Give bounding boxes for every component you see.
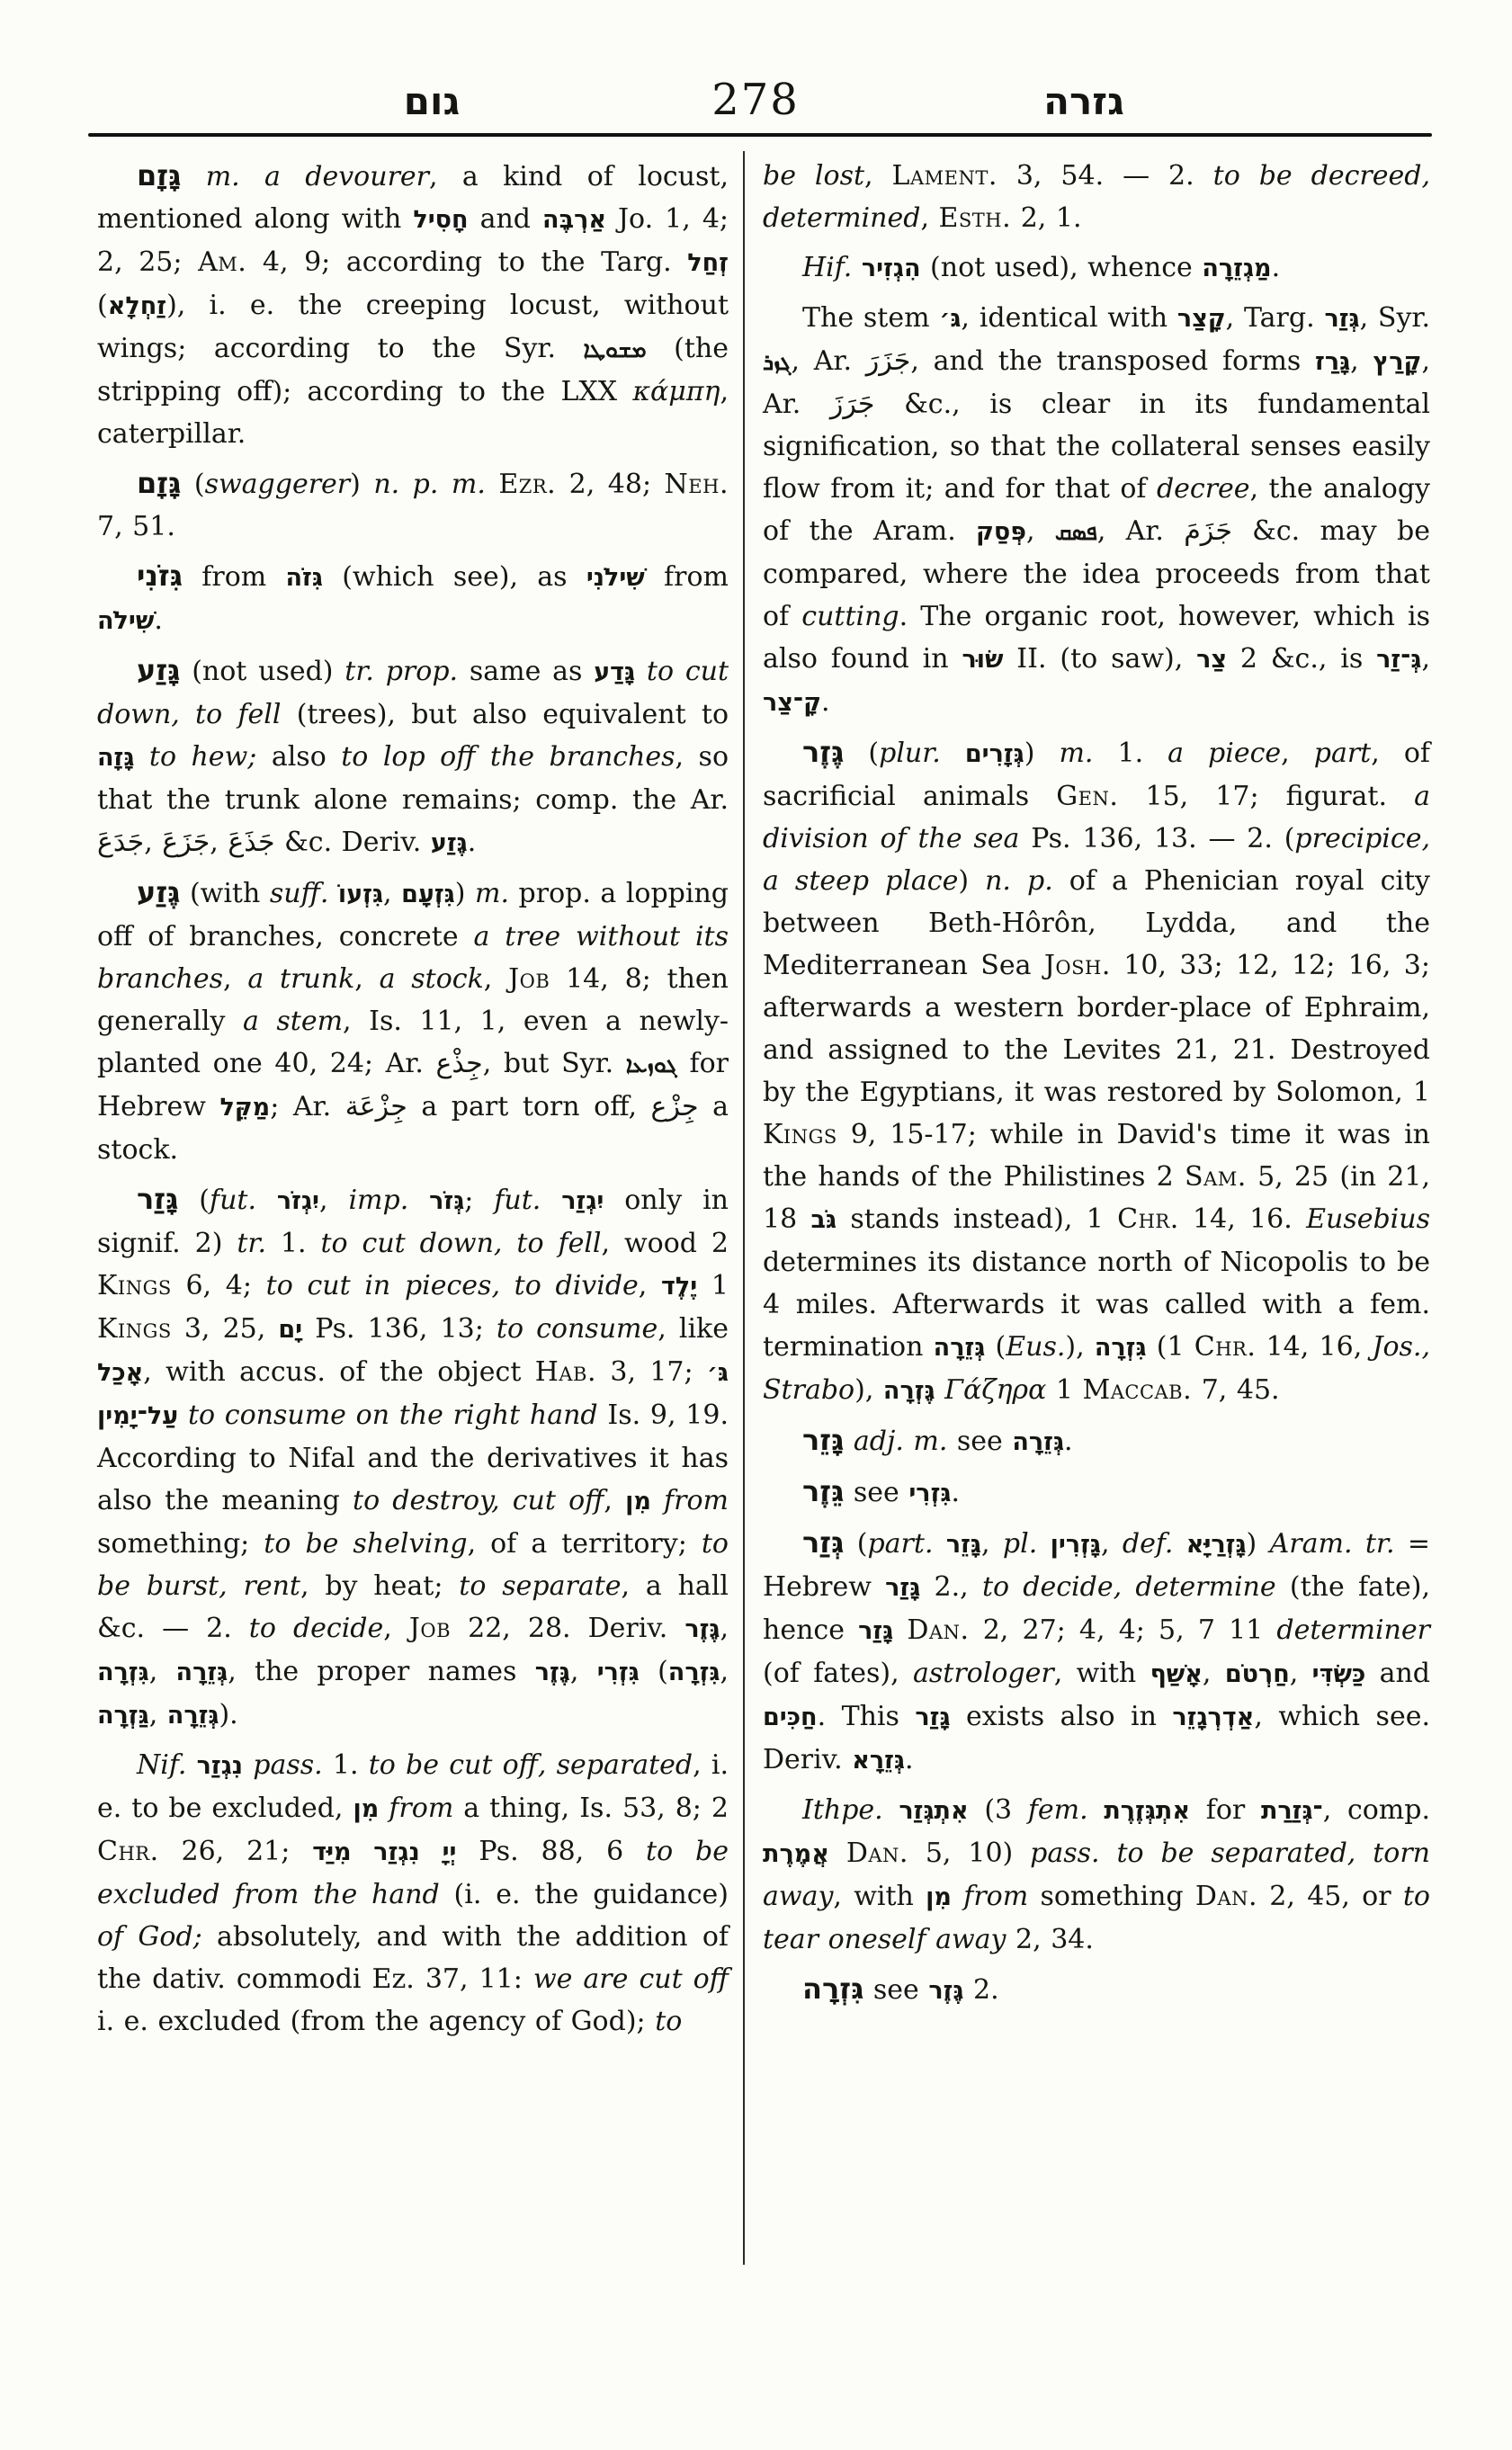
italic-text: be lost xyxy=(763,160,864,192)
text-run: , xyxy=(484,963,508,995)
text-run: see xyxy=(844,1477,908,1508)
text-run: same as xyxy=(458,656,594,687)
column-divider-rule xyxy=(743,151,745,2265)
text-run: , xyxy=(570,1656,597,1687)
text-run: ) xyxy=(350,469,373,500)
text-run: , xyxy=(383,878,401,909)
text-run: , by heat; xyxy=(300,1570,459,1602)
hebrew-text: גּ׳ xyxy=(939,305,961,333)
text-run: , xyxy=(223,963,247,995)
header-rule xyxy=(88,133,1432,137)
entry-headword-hebrew: גִּזְרָה xyxy=(802,1972,863,2006)
hebrew-text: אַדְרְגָזֵר xyxy=(1172,1703,1254,1731)
text-run: (not used) xyxy=(180,656,344,687)
hebrew-text: הִגְזִיר xyxy=(862,255,921,282)
hebrew-text: גָּרַז xyxy=(1315,348,1350,376)
text-run: 3, 54. — 2. xyxy=(998,160,1213,192)
dictionary-entry: Ithpe. אִתְגְּזַר (3 fem. אִתְגְּזֶרֶת f… xyxy=(763,1789,1430,1961)
text-run: . xyxy=(951,1477,960,1508)
text-run: (with xyxy=(180,878,269,909)
hebrew-text: מִן xyxy=(353,1795,379,1823)
italic-text: Hif. xyxy=(802,252,852,283)
text-run xyxy=(941,738,965,769)
italic-text: Eus. xyxy=(1006,1331,1065,1363)
hebrew-text: מִן xyxy=(926,1883,952,1911)
text-run xyxy=(952,1881,963,1912)
text-run: , xyxy=(720,1656,729,1687)
text-run: 7, 45. xyxy=(1192,1374,1279,1406)
text-run: ) xyxy=(1247,1528,1270,1560)
text-run: i. e. excluded (from the agency of God); xyxy=(97,2006,655,2037)
hebrew-text: גֶּזֶר xyxy=(684,1615,720,1643)
smallcaps-reference: Kings xyxy=(97,1270,172,1301)
text-run: , with accus. of the object xyxy=(143,1356,534,1388)
text-run: Ps. 88, 6 xyxy=(456,1836,646,1867)
text-run: , xyxy=(981,1528,1003,1560)
greek-text: Γάζηρα xyxy=(944,1374,1046,1406)
italic-text: cutting xyxy=(801,601,899,632)
text-run: ; xyxy=(464,1185,494,1216)
italic-text: to xyxy=(655,2006,682,2037)
hebrew-text: אִתְגְּזֶרֶת xyxy=(1104,1797,1190,1825)
smallcaps-reference: Neh. xyxy=(665,469,729,500)
text-run: , xyxy=(920,202,938,234)
italic-text: to cut in pieces, to divide xyxy=(266,1270,639,1301)
text-run: ) xyxy=(455,878,475,909)
text-run: , Ar. xyxy=(1097,515,1184,547)
hebrew-text: גִּזְרִי xyxy=(908,1480,951,1507)
text-run: , with xyxy=(833,1881,926,1912)
italic-text: a stem xyxy=(243,1006,343,1037)
entry-headword-hebrew: גָּזֵר xyxy=(802,1423,844,1457)
text-run: . xyxy=(468,827,477,858)
hebrew-text: שִׁילֹנִי xyxy=(586,564,645,592)
hebrew-text: גִּזְרָה xyxy=(668,1659,720,1686)
hebrew-text: זְחַל xyxy=(687,249,729,277)
hebrew-text: גְּזֵרָה xyxy=(167,1702,219,1730)
text-run: 1. xyxy=(1093,738,1168,769)
italic-text: n. p. xyxy=(985,865,1053,897)
hebrew-text: גָּזֵר xyxy=(946,1531,981,1559)
text-run xyxy=(243,1749,253,1781)
text-run xyxy=(1037,1528,1050,1560)
italic-text: part xyxy=(1314,738,1372,769)
italic-text: def. xyxy=(1123,1528,1174,1560)
text-run: , xyxy=(354,963,379,995)
text-run: . xyxy=(154,604,163,636)
text-run xyxy=(181,161,205,192)
hebrew-text: אֲמֶרֶת xyxy=(763,1840,829,1868)
hebrew-text: יִגְזַר xyxy=(561,1187,604,1215)
text-run: , the proper names xyxy=(228,1656,535,1687)
text-run: ( xyxy=(844,738,879,769)
hebrew-text: צַר xyxy=(1196,646,1227,674)
text-run: ) xyxy=(1024,738,1060,769)
smallcaps-reference: Sam. xyxy=(1185,1161,1247,1193)
text-run: , wood 2 xyxy=(602,1228,729,1259)
text-run xyxy=(486,469,498,500)
text-run: . xyxy=(1272,252,1281,283)
smallcaps-reference: Chr. xyxy=(97,1836,159,1867)
italic-text: adj. m. xyxy=(854,1426,947,1457)
dictionary-entry: גִּזֹנִי from גִּזֹה (which see), as שִׁ… xyxy=(97,555,729,642)
text-run xyxy=(186,1749,196,1781)
hebrew-text: נִגְזַר xyxy=(197,1752,243,1780)
hebrew-text: גְּזָרִים xyxy=(965,740,1024,768)
entry-headword-hebrew: גָּזַע xyxy=(137,653,180,687)
hebrew-text: גֶּזְרָה xyxy=(883,1377,935,1405)
text-run: exists also in xyxy=(951,1701,1173,1732)
hebrew-text: קָצַר xyxy=(1177,305,1226,333)
hebrew-text: אַרְבֶּה xyxy=(542,206,606,234)
entry-headword-hebrew: גֶּזַע xyxy=(137,875,180,909)
dictionary-entry: גָּזָם m. a devourer, a kind of locust, … xyxy=(97,155,729,455)
syriac-text: ܓܘܙܥܐ xyxy=(626,1051,677,1077)
italic-text: Eusebius xyxy=(1306,1203,1430,1235)
dictionary-entry: גָּזַר (fut. יִגְזֹר, imp. גְּזֹר; fut. … xyxy=(97,1178,729,1737)
dictionary-entry: The stem גּ׳, identical with קָצַר, Targ… xyxy=(763,297,1430,724)
text-run: , xyxy=(639,1270,661,1301)
text-run: , xyxy=(1421,643,1430,675)
hebrew-text: מִן xyxy=(625,1488,651,1516)
text-run: ( xyxy=(844,1528,867,1560)
syriac-text: ܓܙܪ xyxy=(763,349,791,375)
smallcaps-reference: Chr. xyxy=(1117,1203,1179,1235)
hebrew-text: גֹּב xyxy=(811,1206,837,1234)
italic-text: pass. xyxy=(253,1749,322,1781)
text-run: . xyxy=(905,1744,914,1775)
italic-text: to be shelving xyxy=(264,1528,467,1560)
hebrew-text: קָ־צַר xyxy=(763,689,821,717)
entry-headword-hebrew: גְּזַר xyxy=(802,1525,844,1560)
italic-text: imp. xyxy=(348,1185,408,1216)
arabic-text: جَدَعَ xyxy=(97,827,144,858)
hebrew-text: גָּזְרִין xyxy=(1051,1531,1101,1559)
hebrew-text: פְּסַק xyxy=(976,518,1026,546)
entry-continuation: be lost, Lament. 3, 54. — 2. to be decre… xyxy=(763,155,1430,239)
italic-text: tr. xyxy=(237,1228,266,1259)
arabic-text: جِزْعَة xyxy=(345,1091,407,1122)
hebrew-text: גָּזַר xyxy=(885,1574,920,1602)
hebrew-text: חָסִיל xyxy=(413,206,468,234)
hebrew-text: יְיָ xyxy=(443,1838,457,1866)
dictionary-entry: גִּזְרָה see גֶּזֶר 2. xyxy=(763,1968,1430,2012)
smallcaps-reference: Job xyxy=(508,963,550,995)
arabic-text: جَزَمَ xyxy=(1184,515,1232,547)
italic-text: Aram. tr. xyxy=(1270,1528,1395,1560)
italic-text: determiner xyxy=(1276,1614,1430,1646)
page-number: 278 xyxy=(684,76,828,124)
text-run: ( xyxy=(178,1185,210,1216)
text-run: 3, 25, xyxy=(172,1313,279,1345)
right-column: be lost, Lament. 3, 54. — 2. to be decre… xyxy=(763,155,1430,2012)
text-run: , xyxy=(319,1185,348,1216)
text-run: 2. xyxy=(963,1974,998,2006)
text-run: , xyxy=(149,1699,167,1730)
arabic-text: جَزَرَ xyxy=(866,345,911,377)
italic-text: m. xyxy=(475,878,509,909)
dictionary-entry: Hif. הִגְזִיר (not used), whence מַגְזֵר… xyxy=(763,246,1430,290)
text-run: (not used), whence xyxy=(921,252,1203,283)
hebrew-text: שׂוּר xyxy=(962,646,1003,674)
italic-text: Ithpe. xyxy=(802,1794,883,1826)
hebrew-text: גֶּזַע xyxy=(431,829,468,857)
hebrew-text: גָּזַר xyxy=(858,1617,893,1645)
text-run: ). xyxy=(219,1699,237,1730)
italic-text: to decide xyxy=(249,1613,383,1644)
syriac-text: ܡܫܘܛܐ xyxy=(584,336,647,362)
hebrew-text: גִּזְעוֹ xyxy=(338,881,383,908)
italic-text: plur. xyxy=(879,738,941,769)
italic-text: m. a devourer xyxy=(206,161,429,192)
entry-headword-hebrew: גֶּזֶר xyxy=(802,735,844,769)
text-run: 14, 16, xyxy=(1256,1331,1372,1363)
text-run: for xyxy=(1190,1794,1261,1826)
text-run xyxy=(178,1399,188,1431)
text-run xyxy=(651,1485,664,1516)
text-run: (1 xyxy=(1147,1331,1194,1363)
text-run: , Ar. xyxy=(791,345,865,377)
hebrew-text: שִׁילֹה xyxy=(97,607,154,635)
hebrew-text: גָּזָה xyxy=(97,744,134,772)
text-run: . xyxy=(821,686,830,718)
greek-text: κάμπη xyxy=(632,376,720,407)
text-run: 4, 9; according to the Targ. xyxy=(246,246,687,278)
text-run: (of fates), xyxy=(763,1658,913,1689)
text-run: 14, 16. xyxy=(1179,1203,1306,1235)
italic-text: from xyxy=(664,1485,729,1516)
text-run: a thing, Is. 53, 8; 2 xyxy=(453,1793,729,1824)
text-run: ( xyxy=(181,469,204,500)
text-run: II. (to saw), xyxy=(1003,643,1196,675)
italic-text: pl. xyxy=(1003,1528,1037,1560)
hebrew-text: יִגְזֹר xyxy=(277,1187,319,1215)
hebrew-text: גְּזַר xyxy=(1324,305,1359,333)
smallcaps-reference: Dan. xyxy=(907,1614,969,1646)
entry-headword-hebrew: גָּזַר xyxy=(137,1182,178,1216)
text-run: , xyxy=(149,1656,176,1687)
text-run: 26, 21; xyxy=(159,1836,313,1867)
text-run: 2 &c., is xyxy=(1227,643,1376,675)
dictionary-entry: Nif. נִגְזַר pass. 1. to be cut off, sep… xyxy=(97,1744,729,2043)
text-run: , with xyxy=(1054,1658,1150,1689)
hebrew-text: גֶּזֶר xyxy=(535,1659,570,1686)
text-run: 2, 1. xyxy=(1011,202,1081,234)
text-run: 15, 17; figurat. xyxy=(1118,781,1414,812)
hebrew-text: גְּזֵרָא xyxy=(852,1747,905,1775)
text-run: 1. xyxy=(266,1228,321,1259)
text-run: , xyxy=(1026,515,1055,547)
text-run: ; Ar. xyxy=(270,1091,344,1122)
dictionary-entry: גָּזָם (swaggerer) n. p. m. Ezr. 2, 48; … xyxy=(97,462,729,548)
smallcaps-reference: Kings xyxy=(763,1119,837,1150)
italic-text: decree xyxy=(1157,473,1250,505)
text-run: from xyxy=(645,561,729,593)
hebrew-text: גָּדַע xyxy=(594,658,635,686)
smallcaps-reference: Gen. xyxy=(1056,781,1118,812)
text-run: , xyxy=(210,827,228,858)
left-column: גָּזָם m. a devourer, a kind of locust, … xyxy=(97,155,729,2043)
dictionary-entry: גָּזַע (not used) tr. prop. same as גָּד… xyxy=(97,649,729,864)
text-run xyxy=(420,1836,443,1867)
text-run: also xyxy=(256,741,341,773)
hebrew-text: גִּזֹה xyxy=(286,564,323,592)
hebrew-text: גַּזְרָה xyxy=(97,1702,149,1730)
hebrew-text: גֶּזֶר xyxy=(928,1977,963,2005)
text-run: , like xyxy=(658,1313,729,1345)
text-run: , xyxy=(144,827,162,858)
italic-text: to lop off the branches xyxy=(341,741,675,773)
text-run: 6, 4; xyxy=(172,1270,266,1301)
italic-text: m. xyxy=(1059,738,1093,769)
text-run xyxy=(935,1374,945,1406)
text-run xyxy=(883,1794,899,1826)
text-run: , xyxy=(864,160,892,192)
text-run xyxy=(328,878,338,909)
hebrew-text: חַרְטֹם xyxy=(1225,1660,1290,1688)
hebrew-text: קָרַץ xyxy=(1373,348,1421,376)
text-run: 2, 45, or xyxy=(1257,1881,1403,1912)
hebrew-text: גְּ־זַר xyxy=(1376,646,1421,674)
hebrew-text: כַּשְׂדִּי xyxy=(1312,1660,1366,1688)
text-run xyxy=(408,1185,429,1216)
italic-text: to decide, determine xyxy=(982,1571,1276,1603)
smallcaps-reference: Dan. xyxy=(1195,1881,1257,1912)
hebrew-text: גִּזְרָה xyxy=(97,1659,149,1686)
lexicon-page-scan: גום 278 גזרה גָּזָם m. a devourer, a kin… xyxy=(0,0,1512,2450)
hebrew-text: גִּזְרִי xyxy=(597,1659,640,1686)
dictionary-entry: גָּזֵר adj. m. see גְּזֵרָה. xyxy=(763,1419,1430,1463)
text-run: , Targ. xyxy=(1226,302,1325,334)
text-run xyxy=(933,1528,945,1560)
text-run: (which see), as xyxy=(323,561,586,593)
smallcaps-reference: Lament. xyxy=(892,160,998,192)
text-run: ( xyxy=(985,1331,1006,1363)
text-run xyxy=(256,1185,277,1216)
hebrew-text: אִתְגְּזַר xyxy=(899,1797,968,1825)
dictionary-entry: גְּזַר (part. גָּזֵר, pl. גָּזְרִין, def… xyxy=(763,1522,1430,1782)
italic-text: of God; xyxy=(97,1921,202,1953)
text-run: 1. xyxy=(323,1749,369,1781)
text-run xyxy=(541,1185,561,1216)
smallcaps-reference: Esth. xyxy=(939,202,1012,234)
text-run: and xyxy=(1365,1658,1430,1689)
italic-text: we are cut off xyxy=(533,1963,729,1995)
hebrew-text: גְּזֵרָה xyxy=(176,1659,228,1686)
text-run: . xyxy=(1064,1426,1073,1457)
text-run: 2, 34. xyxy=(1007,1924,1094,1955)
text-run: a part torn off, xyxy=(407,1091,651,1122)
text-run: , xyxy=(1290,1658,1312,1689)
smallcaps-reference: Kings xyxy=(97,1313,172,1345)
italic-text: from xyxy=(963,1881,1028,1912)
italic-text: to be cut off, separated xyxy=(369,1749,693,1781)
text-run: , and the transposed forms xyxy=(910,345,1315,377)
hebrew-text: נִגְזַר מִיַּד xyxy=(312,1838,419,1866)
smallcaps-reference: Ezr. xyxy=(498,469,556,500)
italic-text: a stock xyxy=(380,963,484,995)
text-run: 5, 10) xyxy=(908,1837,1030,1869)
italic-text: fut. xyxy=(494,1185,541,1216)
text-run: from xyxy=(183,561,285,593)
entry-headword-hebrew: גֵּזֶר xyxy=(802,1474,844,1508)
italic-text: a piece xyxy=(1168,738,1281,769)
text-run: and xyxy=(469,203,543,235)
arabic-text: جَرَزَ xyxy=(830,389,875,420)
entry-headword-hebrew: גָּזָם xyxy=(137,466,181,500)
italic-text: Nif. xyxy=(137,1749,186,1781)
italic-text: to consume xyxy=(497,1313,658,1345)
text-run: , xyxy=(1101,1528,1123,1560)
smallcaps-reference: Chr. xyxy=(1194,1331,1257,1363)
text-run: , comp. xyxy=(1323,1794,1430,1826)
text-run: see xyxy=(863,1974,928,2006)
dictionary-entry: גֶּזֶר (plur. גְּזָרִים) m. 1. a piece, … xyxy=(763,731,1430,1412)
text-run: , but Syr. xyxy=(483,1048,626,1079)
hebrew-text: גִּזְעָם xyxy=(401,881,455,908)
dictionary-entry: גֶּזַע (with suff. גִּזְעוֹ, גִּזְעָם) m… xyxy=(97,872,729,1171)
italic-text: part. xyxy=(867,1528,933,1560)
hebrew-text: גִּזְרָה xyxy=(1095,1334,1147,1362)
italic-text: suff. xyxy=(270,878,329,909)
running-head-left-hebrew: גום xyxy=(342,79,522,124)
text-run: ) xyxy=(958,865,985,897)
italic-text: to consume on the right hand xyxy=(188,1399,598,1431)
entry-headword-hebrew: גָּזָם xyxy=(137,158,181,192)
text-run: (3 xyxy=(969,1794,1028,1826)
text-run xyxy=(829,1837,846,1869)
text-run: ), xyxy=(1065,1331,1094,1363)
text-run xyxy=(1173,1528,1185,1560)
text-run: Ps. 136, 13; xyxy=(302,1313,497,1345)
text-run: , xyxy=(1350,345,1373,377)
text-run xyxy=(134,741,148,773)
hebrew-text: גְּזֵרָה xyxy=(1012,1428,1064,1456)
italic-text: swaggerer xyxy=(205,469,351,500)
text-run: 22, 28. Deriv. xyxy=(451,1613,684,1644)
hebrew-text: גָּזְרַיָּא xyxy=(1186,1531,1247,1559)
text-run: , Syr. xyxy=(1360,302,1430,334)
hebrew-text: יֶלֶד xyxy=(661,1273,697,1301)
italic-text: fem. xyxy=(1028,1794,1088,1826)
text-run: 2, 27; 4, 4; 5, 7 11 xyxy=(970,1614,1277,1646)
text-run: 2., xyxy=(920,1571,982,1603)
arabic-text: جَزَعَ xyxy=(162,827,210,858)
arabic-text: جِذْع xyxy=(436,1048,483,1079)
text-run: something; xyxy=(97,1528,264,1560)
hebrew-text: גְּזֵרָה xyxy=(934,1334,986,1362)
text-run xyxy=(852,252,862,283)
text-run: , xyxy=(1203,1658,1225,1689)
smallcaps-reference: Dan. xyxy=(846,1837,908,1869)
text-run: ), xyxy=(854,1374,883,1406)
text-run: (trees), but also equivalent to xyxy=(281,699,729,730)
hebrew-text: יָם xyxy=(278,1316,302,1344)
smallcaps-reference: Job xyxy=(409,1613,451,1644)
italic-text: astrologer xyxy=(913,1658,1054,1689)
italic-text: to cut down, to fell xyxy=(321,1228,602,1259)
text-run: , of a territory; xyxy=(468,1528,702,1560)
text-run: (i. e. the guidance) xyxy=(440,1879,729,1910)
text-run: ( xyxy=(97,290,108,321)
hebrew-text: ־גְּזַרַת xyxy=(1261,1797,1323,1825)
hebrew-text: חַכִּים xyxy=(763,1703,818,1731)
hebrew-text: גְּזֹר xyxy=(429,1187,464,1215)
text-run: &c. Deriv. xyxy=(275,827,431,858)
text-run xyxy=(1088,1794,1105,1826)
text-run: stands instead), 1 xyxy=(837,1203,1117,1235)
text-run xyxy=(635,656,647,687)
